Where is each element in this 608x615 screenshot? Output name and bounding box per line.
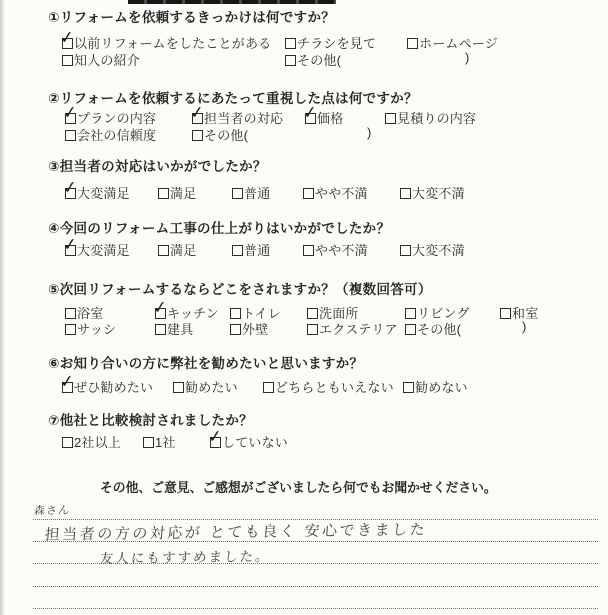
q7-option-1-2: 1社: [143, 432, 176, 451]
option-label: 以前リフォームをしたことがある: [74, 36, 271, 51]
q4-option-1-5: 大変不満: [400, 240, 465, 259]
question-6-heading: ⑥お知り合いの方に弊社を勧めたいと思いますか？: [48, 352, 363, 372]
checkbox-unchecked: [407, 38, 418, 49]
checkbox-unchecked: [65, 324, 76, 335]
option-label: やや不満: [315, 186, 368, 201]
option-label: その他(: [417, 322, 461, 337]
option-label: 大変満足: [77, 243, 130, 258]
q7-option-1-1: 2社以上: [62, 432, 121, 451]
checkbox-unchecked: [263, 382, 274, 393]
option-label: エクステリア: [319, 322, 398, 337]
question-5-heading: ⑤次回リフォームするならどこをされますか？（複数回答可）: [48, 278, 432, 298]
q5-option-2-5: その他(: [405, 319, 461, 338]
checkmark-icon: ✓: [152, 299, 168, 317]
q5-option-1-6: 和室: [500, 303, 538, 322]
q5-option-2-2: 建具: [155, 319, 193, 338]
q4-option-1-3: 普通: [232, 240, 270, 259]
checkmark-icon: ✓: [207, 428, 223, 446]
checkmark-icon: ✓: [62, 236, 78, 254]
q2-option-1-3: ✓価格: [305, 108, 343, 127]
q2-option-2-2: その他(: [192, 125, 248, 144]
checkbox-unchecked: [307, 324, 318, 335]
checkbox-unchecked: [65, 130, 76, 141]
paren-close: ): [367, 125, 371, 140]
q3-option-1-4: やや不満: [303, 183, 368, 202]
q6-option-1-4: 勧めない: [403, 377, 468, 396]
option-label: 普通: [244, 243, 270, 258]
option-label: その他(: [297, 53, 341, 68]
q1-option-2-1: 知人の紹介: [62, 50, 140, 69]
comments-prompt: その他、ご意見、ご感想がございましたら何でもお聞かせください。: [100, 477, 497, 496]
option-label: どちらともいえない: [275, 380, 394, 395]
checkbox-unchecked: [65, 308, 76, 319]
question-7-heading: ⑦他社と比較検討されましたか？: [48, 409, 253, 429]
option-label: 2社以上: [74, 435, 121, 450]
q4-option-1-2: 満足: [158, 240, 196, 259]
checkbox-checked: ✓: [62, 382, 73, 393]
checkbox-unchecked: [62, 437, 73, 448]
question-3-heading: ③担当者の対応はいかがでしたか？: [48, 155, 267, 175]
scan-edge-artifact-top: [128, 0, 336, 4]
option-label: やや不満: [315, 243, 368, 258]
option-label: サッシ: [77, 322, 116, 337]
checkbox-checked: ✓: [192, 113, 203, 124]
q1-option-2-2: その他(: [285, 50, 341, 69]
checkbox-unchecked: [62, 55, 73, 66]
q6-option-1-1: ✓ぜひ勧めたい: [62, 377, 153, 396]
checkbox-unchecked: [307, 308, 318, 319]
question-1-heading: ①リフォームを依頼するきっかけは何ですか？: [48, 6, 335, 26]
handwritten-comment-line: 友人にもすすめました。: [99, 545, 271, 567]
checkbox-unchecked: [158, 188, 169, 199]
scan-edge-artifact-left: [0, 0, 5, 615]
checkmark-icon: ✓: [59, 373, 75, 391]
handwritten-name: 森さん: [33, 502, 70, 519]
checkbox-unchecked: [192, 130, 203, 141]
option-label: チラシを見て: [297, 36, 376, 51]
option-label: ホームページ: [419, 36, 498, 51]
checkbox-unchecked: [303, 188, 314, 199]
q4-option-1-1: ✓大変満足: [65, 240, 130, 259]
checkbox-unchecked: [385, 113, 396, 124]
q5-option-2-4: エクステリア: [307, 319, 398, 338]
option-label: 価格: [317, 111, 343, 126]
writing-line: [33, 586, 598, 587]
option-label: 1社: [155, 435, 176, 450]
checkbox-unchecked: [400, 245, 411, 256]
q6-option-1-2: 勧めたい: [173, 377, 238, 396]
checkbox-unchecked: [155, 324, 166, 335]
q5-option-2-3: 外壁: [230, 319, 268, 338]
q7-option-1-3: ✓していない: [210, 432, 288, 451]
option-label: 大変不満: [412, 186, 465, 201]
paren-close: ): [465, 50, 469, 65]
option-label: プランの内容: [77, 111, 156, 126]
q2-option-2-1: 会社の信頼度: [65, 125, 156, 144]
checkbox-unchecked: [158, 245, 169, 256]
checkbox-unchecked: [230, 308, 241, 319]
checkmark-icon: ✓: [189, 104, 205, 122]
checkbox-unchecked: [500, 308, 511, 319]
option-label: 見積りの内容: [397, 111, 476, 126]
q3-option-1-5: 大変不満: [400, 183, 465, 202]
option-label: ぜひ勧めたい: [74, 380, 153, 395]
option-label: 大変不満: [412, 243, 465, 258]
checkbox-unchecked: [400, 188, 411, 199]
checkbox-checked: ✓: [155, 308, 166, 319]
option-label: 勧めたい: [185, 380, 238, 395]
checkbox-unchecked: [285, 55, 296, 66]
checkmark-icon: ✓: [302, 104, 318, 122]
q3-option-1-2: 満足: [158, 183, 196, 202]
checkbox-unchecked: [232, 188, 243, 199]
checkbox-checked: ✓: [65, 245, 76, 256]
option-label: 普通: [244, 186, 270, 201]
option-label: 勧めない: [415, 380, 468, 395]
question-4-heading: ④今回のリフォーム工事の仕上がりはいかがでしたか？: [48, 217, 390, 237]
checkbox-checked: ✓: [305, 113, 316, 124]
option-label: 満足: [170, 243, 196, 258]
q4-option-1-4: やや不満: [303, 240, 368, 259]
checkbox-checked: ✓: [62, 38, 73, 49]
option-label: 満足: [170, 186, 196, 201]
writing-line: [33, 608, 598, 609]
checkbox-unchecked: [405, 324, 416, 335]
checkmark-icon: ✓: [59, 29, 75, 47]
checkbox-checked: ✓: [210, 437, 221, 448]
checkbox-unchecked: [303, 245, 314, 256]
q6-option-1-3: どちらともいえない: [263, 377, 394, 396]
q3-option-1-3: 普通: [232, 183, 270, 202]
q5-option-2-1: サッシ: [65, 319, 116, 338]
checkbox-unchecked: [403, 382, 414, 393]
checkbox-unchecked: [230, 324, 241, 335]
option-label: 知人の紹介: [74, 53, 140, 68]
option-label: その他(: [204, 128, 248, 143]
option-label: 会社の信頼度: [77, 128, 156, 143]
option-label: 建具: [167, 322, 193, 337]
survey-form-scan: ①リフォームを依頼するきっかけは何ですか？✓以前リフォームをしたことがあるチラシ…: [0, 0, 608, 615]
option-label: 担当者の対応: [204, 111, 283, 126]
question-2-heading: ②リフォームを依頼するにあたって重視した点は何ですか？: [48, 87, 418, 107]
option-label: していない: [222, 435, 288, 450]
checkbox-checked: ✓: [65, 188, 76, 199]
q2-option-1-4: 見積りの内容: [385, 108, 476, 127]
checkbox-unchecked: [405, 308, 416, 319]
checkbox-unchecked: [232, 245, 243, 256]
paren-close: ): [522, 319, 526, 334]
checkmark-icon: ✓: [62, 104, 78, 122]
option-label: 外壁: [242, 322, 268, 337]
checkbox-unchecked: [173, 382, 184, 393]
checkbox-unchecked: [143, 437, 154, 448]
q3-option-1-1: ✓大変満足: [65, 183, 130, 202]
checkmark-icon: ✓: [62, 179, 78, 197]
option-label: 大変満足: [77, 186, 130, 201]
q1-option-1-3: ホームページ: [407, 33, 498, 52]
checkbox-unchecked: [285, 38, 296, 49]
checkbox-checked: ✓: [65, 113, 76, 124]
